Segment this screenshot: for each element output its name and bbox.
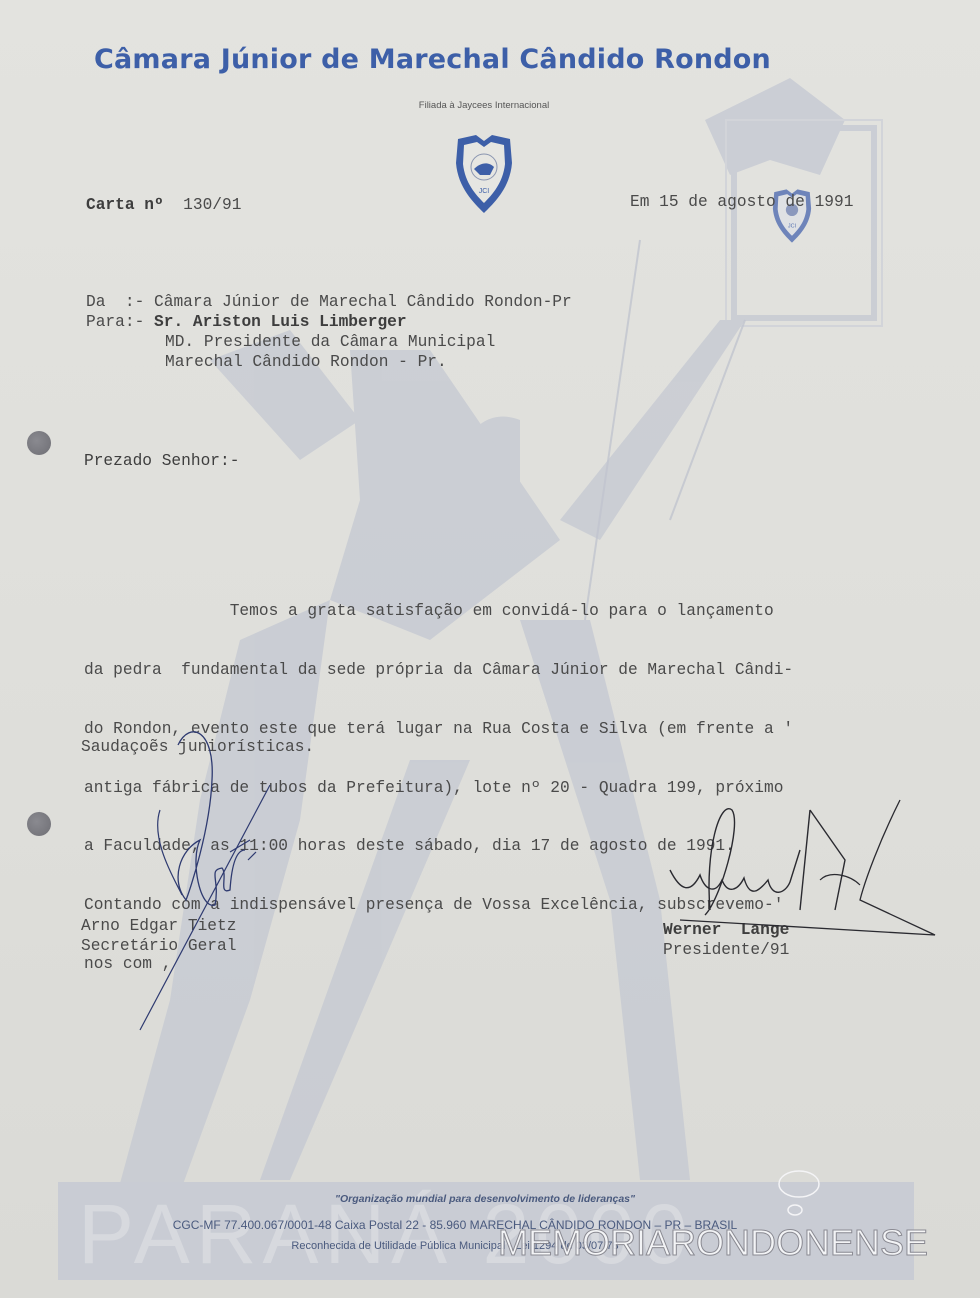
recipient-title: MD. Presidente da Câmara Municipal <box>165 333 495 353</box>
signatory-role-right: Presidente/91 <box>663 941 789 961</box>
closing: Saudaçoẽs juniorísticas. <box>81 738 314 758</box>
body-line: Temos a grata satisfação em convidá-lo p… <box>84 602 793 622</box>
letter-date: Em 15 de agosto de 1991 <box>630 193 853 213</box>
signatory-name-right: Werner Lange <box>663 921 789 941</box>
footer-motto: "Organização mundial para desenvolviment… <box>0 1193 980 1205</box>
body-line: Contando com a indispensável presença de… <box>84 896 793 916</box>
svg-text:JCI: JCI <box>788 224 797 230</box>
letter-page: Câmara Júnior de Marechal Cândido Rondon… <box>0 0 980 1298</box>
body-line: da pedra fundamental da sede própria da … <box>84 661 793 681</box>
letterhead-title: Câmara Júnior de Marechal Cândido Rondon <box>94 44 771 75</box>
punch-hole <box>27 431 51 455</box>
recipient-city: Marechal Cândido Rondon - Pr. <box>165 353 447 373</box>
jci-shield-logo-icon: JCI <box>452 133 516 215</box>
salutation: Prezado Senhor:- <box>84 452 239 472</box>
body-line: a Faculdade, as 11:00 horas deste sábado… <box>84 837 793 857</box>
watermark-memoria-rondonense: MEMORIARONDONENSE <box>498 1222 928 1264</box>
signatory-name-left: Arno Edgar Tietz <box>81 917 236 937</box>
svg-text:JCI: JCI <box>479 188 490 195</box>
letter-number: Carta nº 130/91 <box>86 196 241 216</box>
body-line: antiga fábrica de tubos da Prefeitura), … <box>84 779 793 799</box>
from-line: Da :- Câmara Júnior de Marechal Cândido … <box>86 293 572 313</box>
to-line: Para:- Sr. Ariston Luis Limberger <box>86 313 407 333</box>
body-line: do Rondon, evento este que terá lugar na… <box>84 720 793 740</box>
punch-hole <box>27 812 51 836</box>
signatory-role-left: Secretário Geral <box>81 937 236 957</box>
letterhead-affiliation: Filiada à Jaycees Internacional <box>0 100 980 111</box>
